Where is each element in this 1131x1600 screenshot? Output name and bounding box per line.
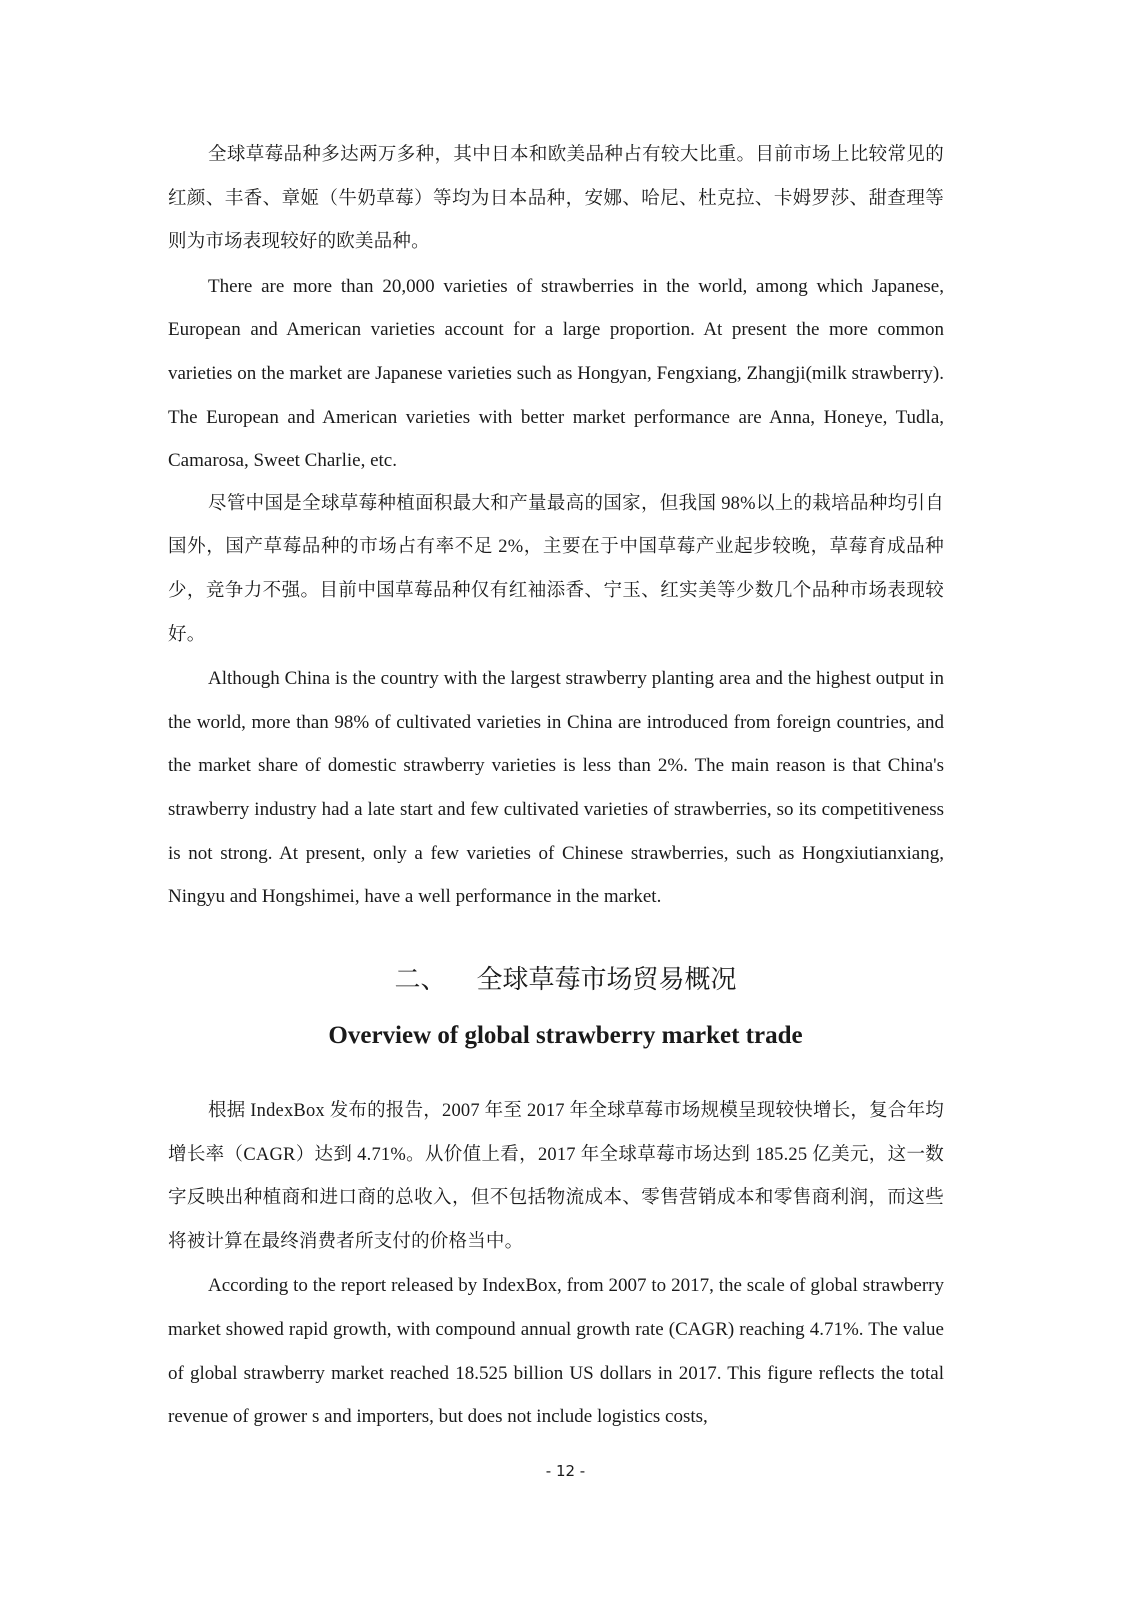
- paragraph-china-zh: 尽管中国是全球草莓种植面积最大和产量最高的国家，但我国 98%以上的栽培品种均引…: [168, 483, 944, 657]
- section-number: 二、: [394, 965, 446, 995]
- section-heading-zh: 二、全球草莓市场贸易概况: [0, 958, 1131, 1002]
- section-title-zh: 全球草莓市场贸易概况: [477, 965, 737, 995]
- paragraph-varieties-zh: 全球草莓品种多达两万多种，其中日本和欧美品种占有较大比重。目前市场上比较常见的红…: [168, 134, 944, 265]
- section-heading-en: Overview of global strawberry market tra…: [0, 1016, 1131, 1056]
- paragraph-indexbox-en: According to the report released by Inde…: [168, 1264, 944, 1438]
- paragraph-varieties-en: There are more than 20,000 varieties of …: [168, 265, 944, 483]
- paragraph-china-en: Although China is the country with the l…: [168, 657, 944, 919]
- document-page: 全球草莓品种多达两万多种，其中日本和欧美品种占有较大比重。目前市场上比较常见的红…: [0, 0, 1131, 1600]
- section-market-trade: 根据 IndexBox 发布的报告，2007 年至 2017 年全球草莓市场规模…: [168, 1090, 944, 1439]
- section-varieties: 全球草莓品种多达两万多种，其中日本和欧美品种占有较大比重。目前市场上比较常见的红…: [168, 134, 944, 919]
- page-number: - 12 -: [0, 1462, 1131, 1480]
- paragraph-indexbox-zh: 根据 IndexBox 发布的报告，2007 年至 2017 年全球草莓市场规模…: [168, 1090, 944, 1264]
